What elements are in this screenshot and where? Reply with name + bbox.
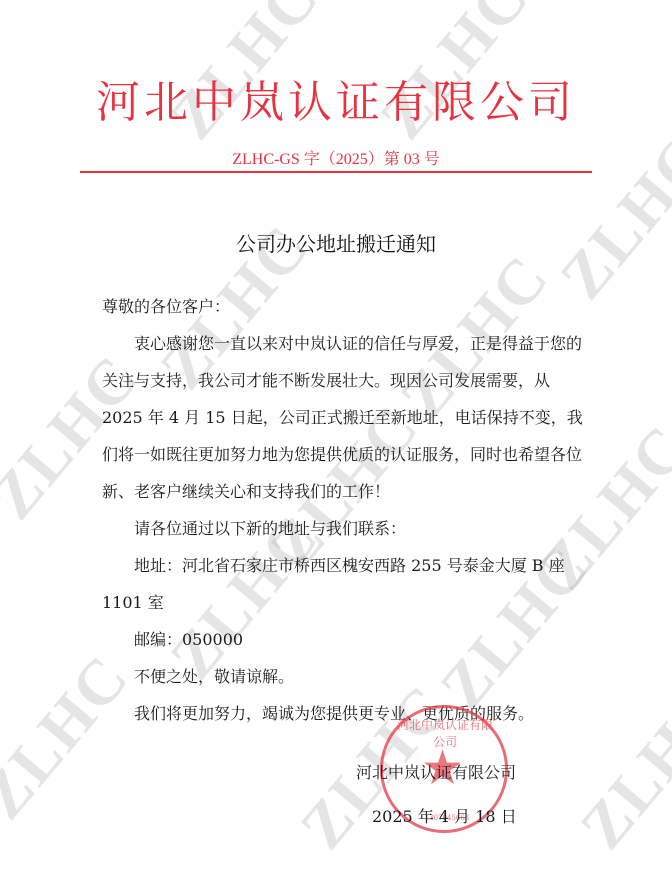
signature-date: 2025 年 4 月 18 日	[372, 804, 517, 827]
notice-body: 尊敬的各位客户： 衷心感谢您一直以来对中岚认证的信任与厚爱，正是得益于您的关注与…	[102, 288, 588, 732]
paragraph: 我们将更加努力，竭诚为您提供更专业、更优质的服务。	[102, 695, 588, 732]
postcode-line: 邮编：050000	[102, 621, 588, 658]
paragraph: 不便之处，敬请谅解。	[102, 658, 588, 695]
signature: 河北中岚认证有限公司	[356, 760, 516, 783]
salutation: 尊敬的各位客户：	[102, 288, 588, 325]
address-line: 地址：河北省石家庄市桥西区槐安西路 255 号泰金大厦 B 座 1101 室	[102, 547, 588, 621]
paragraph: 衷心感谢您一直以来对中岚认证的信任与厚爱，正是得益于您的关注与支持，我公司才能不…	[102, 325, 588, 510]
paragraph: 请各位通过以下新的地址与我们联系：	[102, 510, 588, 547]
letterhead-divider	[80, 171, 592, 173]
company-letterhead: 河北中岚认证有限公司	[0, 66, 672, 130]
notice-title: 公司办公地址搬迁通知	[0, 228, 672, 257]
document-number: ZLHC-GS 字（2025）第 03 号	[0, 146, 672, 169]
